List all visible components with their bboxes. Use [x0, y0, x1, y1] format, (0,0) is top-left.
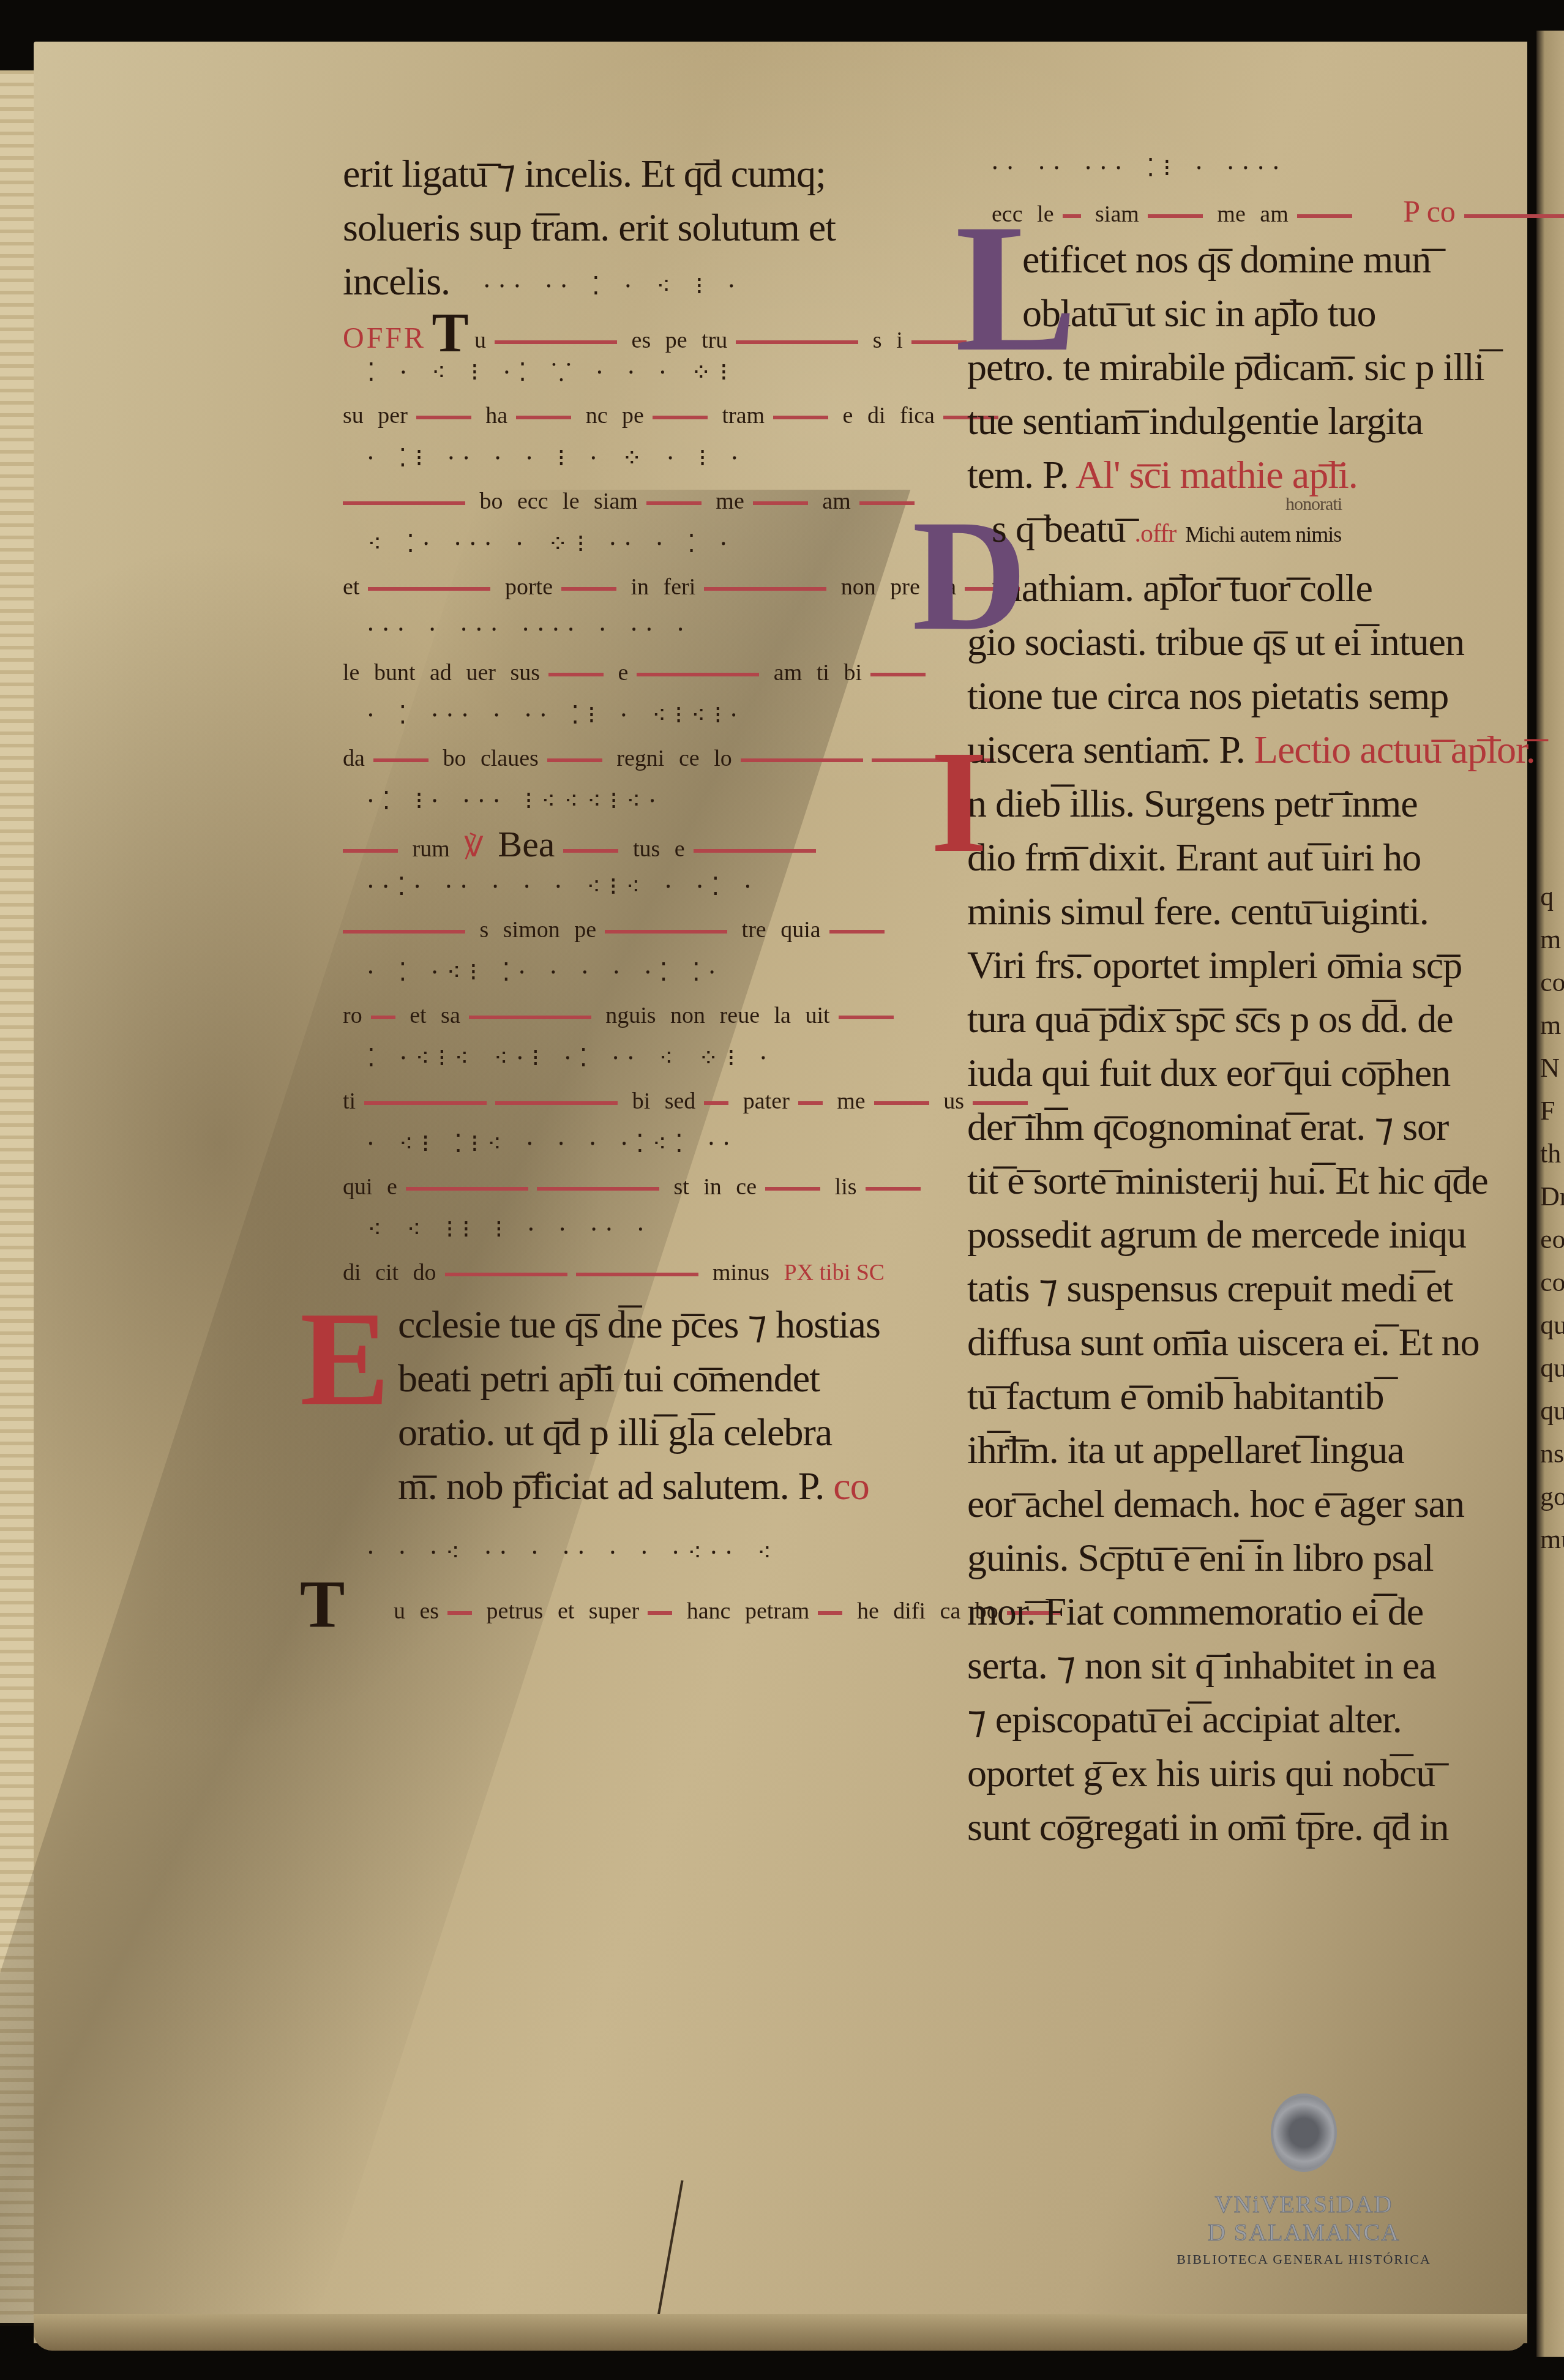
text-line: solueris sup t͞ram. erit solutum et	[343, 201, 930, 255]
page-bottom-edge	[34, 2314, 1527, 2351]
syllable: ha	[485, 394, 507, 437]
text-line: gio sociasti. tribue q͞s ut ei͞ intuen	[967, 615, 1518, 669]
syllable: us	[943, 1080, 964, 1123]
syllable: claues	[481, 737, 539, 780]
syllable: pe	[622, 394, 644, 437]
neume-row: ⸱⸱⸱ ⸱⸱ ⁚ ⸱ ⁖ ⁝ ⸱	[459, 272, 743, 301]
syllable: in	[703, 1166, 722, 1208]
syllable: sed	[665, 1080, 696, 1123]
syllable: st	[673, 1166, 689, 1208]
syllable: porte	[505, 566, 553, 608]
melisma-line	[765, 1187, 820, 1191]
text-line: Viri frs͞. oportet impleri o͞mia sc͞p	[967, 938, 1518, 992]
text-line: ⁊ episcopatu͞ ei͞ accipiat alter.	[967, 1693, 1518, 1746]
watermark-line: VNiVERSiDAD	[1151, 2190, 1457, 2218]
syllable: per	[378, 394, 408, 437]
adjacent-fragment: Dr	[1540, 1175, 1564, 1218]
syllable: e	[843, 394, 853, 437]
syllable: i	[896, 319, 903, 362]
syllable: me	[837, 1080, 865, 1123]
text-line: tit͞ e͞ sorte͞ ministerij hui͞. Et hic q…	[967, 1154, 1518, 1208]
initial-letter: I	[930, 728, 987, 875]
text-line: oblatu͞ ut sic in ap͞lo tuo	[1022, 286, 1518, 340]
text-fragment: m͞. nob p͞ficiat ad salutem. P.	[398, 1464, 824, 1508]
text-line: dio frm͞ dixit. Erant aut͞ uiri ho	[967, 831, 1518, 885]
chant-line: su per ha nc pe tram e di fica	[343, 394, 930, 437]
text-line: erit ligatu͞ ⁊ incelis. Et q͞d cumq;	[343, 147, 930, 201]
rubric-label: co	[833, 1464, 869, 1508]
adjacent-fragment: N	[1540, 1047, 1564, 1090]
neume-row: ⁖ ⁖ ⁝⁝ ⁝ ⸱ ⸱ ⸱⸱ ⸱	[343, 1208, 930, 1251]
adjacent-fragment: qu	[1540, 1304, 1564, 1347]
syllable: bi	[632, 1080, 651, 1123]
versicle-mark: ℣	[464, 826, 483, 869]
neume-row: ⸱ ⸱ ⸱⁖ ⸱⸱ ⸱ ⸱⸱ ⸱ ⸱ ⸱⁖⸱⸱ ⁖	[343, 1532, 930, 1574]
melisma-line	[547, 758, 602, 762]
melisma-line	[648, 1611, 672, 1615]
melisma-line	[741, 758, 863, 762]
syllable: siam	[1095, 193, 1139, 236]
text-fragment: s q͞ beatu͞	[992, 507, 1126, 550]
adjacent-fragment: go	[1540, 1475, 1564, 1518]
syllable: et	[343, 566, 359, 608]
melisma-line	[605, 930, 727, 934]
syllable: petrus	[487, 1590, 544, 1633]
melisma-line	[829, 930, 885, 934]
text-line: tem. P. Al' s͞ci mathie ap͞li.	[967, 448, 1518, 502]
university-seal-icon	[1271, 2094, 1337, 2172]
melisma-line	[406, 1187, 528, 1191]
adjacent-fragment: m	[1540, 1004, 1564, 1047]
adjacent-fragment: mu	[1540, 1518, 1564, 1561]
melisma-line	[736, 340, 858, 344]
syllable: le	[563, 480, 579, 523]
text-line: etificet nos q͞s domine mun͞	[1022, 233, 1518, 286]
syllable: quia	[780, 908, 820, 951]
syllable: ad	[430, 651, 452, 694]
melisma-line	[646, 501, 702, 505]
melisma-line	[870, 673, 926, 676]
melisma-line	[563, 849, 618, 853]
syllable: da	[343, 737, 365, 780]
initial-letter: L	[955, 196, 1077, 380]
interlinear-gloss: honorati	[1285, 477, 1342, 531]
syllable: non	[670, 994, 705, 1037]
watermark-subtitle: BIBLIOTECA GENERAL HISTÓRICA	[1151, 2251, 1457, 2267]
syllable: sus	[510, 651, 540, 694]
syllable: reue	[720, 994, 760, 1037]
chant-line: T u es petrus et super hanc petram he di…	[343, 1574, 930, 1617]
melisma-line	[537, 1187, 659, 1191]
melisma-line	[364, 1101, 487, 1105]
syllable: la	[774, 994, 791, 1037]
melisma-line	[373, 758, 428, 762]
left-column: erit ligatu͞ ⁊ incelis. Et q͞d cumq; sol…	[343, 147, 930, 1617]
melisma-line	[343, 501, 465, 505]
melisma-line	[704, 587, 826, 591]
postcommunion: L etificet nos q͞s domine mun͞ oblatu͞ u…	[967, 233, 1518, 502]
syllable: lis	[835, 1166, 857, 1208]
melisma-line	[371, 1016, 395, 1019]
syllable: regni	[616, 737, 664, 780]
rubric-label: .offr	[1135, 520, 1177, 548]
text-line: m͞. nob p͞ficiat ad salutem. P. co	[398, 1459, 930, 1513]
melisma-line	[773, 416, 828, 419]
syllable: u	[394, 1590, 405, 1633]
syllable: minus	[713, 1251, 769, 1294]
syllable: tram	[722, 394, 765, 437]
melisma-line	[818, 1611, 842, 1615]
rubric-label: PX tibi SC	[784, 1251, 885, 1294]
adjacent-fragment: nst	[1540, 1432, 1564, 1475]
syllable: fica	[900, 394, 935, 437]
chant-line: da bo claues regni ce lo	[343, 737, 930, 780]
adjacent-fragment: eo	[1540, 1218, 1564, 1261]
melisma-line	[343, 930, 465, 934]
chant-line: qui e st in ce lis	[343, 1166, 930, 1208]
melisma-line	[1464, 214, 1564, 218]
syllable: he	[857, 1590, 879, 1633]
rubric-label: P co	[1403, 190, 1456, 233]
syllable: feri	[664, 566, 696, 608]
syllable: lo	[714, 737, 732, 780]
syllable: e	[387, 1166, 397, 1208]
melisma-line	[561, 587, 616, 591]
syllable: es	[632, 319, 651, 362]
melisma-line	[874, 1101, 929, 1105]
melisma-line	[548, 673, 604, 676]
melisma-line	[1148, 214, 1203, 218]
syllable: s	[480, 908, 489, 951]
melisma-line	[416, 416, 471, 419]
text-line: sunt co͞gregati in om͞i t͞pre. q͞d in	[967, 1800, 1518, 1854]
syllable: tus	[633, 828, 660, 870]
melisma-line	[516, 416, 571, 419]
syllable: petram	[745, 1590, 810, 1633]
text-line: uiscera sentiam͞. P. Lectio actuu͞ ap͞lo…	[967, 723, 1518, 777]
neume-row: ⁚ ⸱⁖⁝⁖ ⁖⸱⁝ ⸱⁚ ⸱⸱ ⁖ ⁘⁝ ⸱	[343, 1037, 930, 1080]
adjacent-fragment: F	[1540, 1090, 1564, 1132]
syllable: tre	[742, 908, 766, 951]
adjacent-fragment: th	[1540, 1132, 1564, 1175]
melisma-line	[576, 1273, 698, 1276]
neume-row: ⁖ ⁚⸱ ⸱⸱⸱ ⸱ ⁘⁝ ⸱⸱ ⸱ ⁚ ⸱	[343, 523, 930, 566]
syllable: su	[343, 394, 364, 437]
syllable: am	[774, 651, 802, 694]
melisma-line	[866, 1187, 921, 1191]
text-line: beati petri ap͞li tui co͞mendet	[398, 1352, 930, 1405]
adjacent-fragment: m	[1540, 918, 1564, 961]
syllable: hanc	[687, 1590, 731, 1633]
syllable: pe	[574, 908, 596, 951]
lection-heading: Lectio actuu͞ ap͞lor͞.	[1254, 728, 1535, 771]
watermark-logo: VNiVERSiDAD D SALAMANCA BIBLIOTECA GENER…	[1151, 2094, 1457, 2267]
syllable: bo	[443, 737, 466, 780]
initial-letter: E	[300, 1292, 390, 1426]
syllable: e	[618, 651, 628, 694]
syllable: am	[822, 480, 850, 523]
collect: D s q͞ beatu͞ .offr Michi autem nimis ho…	[967, 502, 1518, 777]
text-line: oportet g͞ ex his uiris qui nob͞cu͞	[967, 1746, 1518, 1800]
syllable: difi	[893, 1590, 926, 1633]
melisma-line	[445, 1273, 567, 1276]
chant-line: ro et sa nguis non reue la uit	[343, 994, 930, 1037]
syllable: Bea	[498, 823, 555, 866]
chant-line: bo ecc le siam me am	[343, 480, 930, 523]
melisma-line	[859, 501, 915, 505]
text-line: serta. ⁊ non sit q͞ inhabitet in ea	[967, 1639, 1518, 1693]
syllable: in	[631, 566, 649, 608]
text-line: diffusa sunt om͞ia uiscera ei͞. Et no	[967, 1315, 1518, 1369]
melisma-line	[704, 1101, 728, 1105]
syllable: s	[873, 319, 882, 362]
initial-letter: T	[432, 303, 469, 364]
text-line: tu͞ factum e͞ omib͞ habitantib͞	[967, 1369, 1518, 1423]
syllable: di	[867, 394, 886, 437]
melisma-line	[1297, 214, 1352, 218]
syllable: ce	[679, 737, 700, 780]
text-line: cclesie tue q͞s d͞ne p͞ces ⁊ hostias	[398, 1298, 930, 1352]
chant-line: rum ℣ Bea tus e	[343, 823, 930, 866]
text-line: incelis. ⸱⸱⸱ ⸱⸱ ⁚ ⸱ ⁖ ⁝ ⸱	[343, 255, 930, 309]
melisma-line	[469, 1016, 591, 1019]
chant-line: di cit do minus PX tibi SC	[343, 1251, 930, 1294]
text-line: mor͞. Fiat commemoratio ei͞ de	[967, 1585, 1518, 1639]
syllable: et	[410, 994, 426, 1037]
text-line: eor͞ achel demach. hoc e͞ ager san	[967, 1477, 1518, 1531]
syllable: es	[419, 1590, 439, 1633]
syllable: tru	[702, 319, 727, 362]
neume-row: ⸱⁚ ⁝⸱ ⸱⸱⸱ ⁝⁖⁖⁖⁝⁖⸱	[343, 780, 930, 823]
syllable: me	[716, 480, 744, 523]
text-fragment: uiscera sentiam͞. P.	[967, 728, 1245, 771]
right-column: ⸱⸱ ⸱⸱ ⸱⸱⸱ ⁚⁝ ⸱ ⸱⸱⸱⸱ ecc le siam me am P …	[967, 147, 1518, 1854]
watermark-line: D SALAMANCA	[1151, 2218, 1457, 2247]
melisma-line	[368, 587, 490, 591]
neume-row: ⸱ ⁚ ⸱⸱⸱ ⸱ ⸱⸱ ⁚⁝ ⸱ ⁖⁝⁖⁝⸱	[343, 694, 930, 737]
neume-row: ⸱⸱ ⸱⸱ ⸱⸱⸱ ⁚⁝ ⸱ ⸱⸱⸱⸱	[967, 147, 1518, 190]
neume-row: ⸱ ⁖⁝ ⁚⁝⁖ ⸱ ⸱ ⸱ ⸱⁚⁖⁚ ⸱⸱	[343, 1123, 930, 1166]
text-line: tue sentiam͞ indulgentie largita	[967, 394, 1518, 448]
text-line: ih͞r͞lm. ita ut appellaret͞ lingua	[967, 1423, 1518, 1477]
syllable: non	[841, 566, 876, 608]
syllable: am	[1260, 193, 1288, 236]
initial-letter: T	[300, 1567, 345, 1642]
syllable: me	[1217, 193, 1245, 236]
syllable: ecc	[517, 480, 548, 523]
adjacent-fragment: co	[1540, 1261, 1564, 1304]
chant-line: OFFR T u es pe tru s i	[343, 309, 930, 351]
chant-line: s simon pe tre quia	[343, 908, 930, 951]
syllable: bi	[844, 651, 862, 694]
syllable: ro	[343, 994, 362, 1037]
text-line: possedit agrum de mercede iniqu	[967, 1208, 1518, 1262]
text-line: guinis. Sc͞ptu͞ e͞ eni͞ in libro psal	[967, 1531, 1518, 1585]
text-line: iuda qui fuit dux eor͞ qui co͞phen	[967, 1046, 1518, 1100]
text-line: tatis ⁊ suspensus crepuit medi͞ et	[967, 1262, 1518, 1315]
melisma-line	[447, 1611, 472, 1615]
melisma-line	[839, 1016, 894, 1019]
melisma-line	[495, 340, 617, 344]
syllable: bo	[480, 480, 503, 523]
syllable: et	[558, 1590, 574, 1633]
syllable: qui	[343, 1166, 373, 1208]
melisma-line	[637, 673, 759, 676]
syllable: ca	[940, 1590, 961, 1633]
text-fragment: incelis.	[343, 260, 450, 303]
syllable: pe	[665, 319, 687, 362]
syllable: uer	[466, 651, 496, 694]
secret-prayer: E cclesie tue q͞s d͞ne p͞ces ⁊ hostias b…	[343, 1298, 930, 1513]
lection: I n dieb͞ illis. Surgens petr͞ inme dio …	[967, 777, 1518, 1854]
syllable: le	[343, 651, 359, 694]
syllable: uit	[805, 994, 829, 1037]
syllable: bunt	[374, 651, 416, 694]
text-line: minis simul fere. centu͞ uiginti.	[967, 885, 1518, 938]
syllable: pater	[743, 1080, 790, 1123]
chant-line: ti bi sed pater me us	[343, 1080, 930, 1123]
syllable: u	[474, 319, 486, 362]
melisma-line	[798, 1101, 823, 1105]
syllable: ti	[343, 1080, 356, 1123]
text-line: mathiam. ap͞lor͞ tuor͞ colle	[992, 561, 1518, 615]
syllable: rum	[413, 828, 450, 870]
text-line: n dieb͞ illis. Surgens petr͞ inme	[967, 777, 1518, 831]
syllable: super	[589, 1590, 639, 1633]
adjacent-fragment: co	[1540, 961, 1564, 1004]
syllable: nguis	[605, 994, 656, 1037]
neume-row: ⸱ ⁚ ⸱⁖⁝ ⁚⸱ ⸱ ⸱ ⸱ ⸱⁚ ⁚⸱	[343, 951, 930, 994]
syllable: sa	[441, 994, 460, 1037]
chant-line: le bunt ad uer sus e am ti bi	[343, 651, 930, 694]
neume-row: ⸱⸱⸱ ⸱ ⸱⸱⸱ ⸱⸱⸱⸱ ⸱ ⸱⸱ ⸱	[343, 608, 930, 651]
neume-row: ⸱ ⁚⁝ ⸱⸱ ⸱ ⸱ ⁝ ⸱ ⁘ ⸱ ⁝ ⸱	[343, 437, 930, 480]
text-line: tura qua͞ p͞dix͞ sp͞c s͞cs p os d͞d. de	[967, 992, 1518, 1046]
text-line: oratio. ut q͞d p illi͞ gl͞a celebra	[398, 1405, 930, 1459]
offertory-label: OFFR	[343, 322, 426, 354]
syllable: do	[413, 1251, 436, 1294]
text-line: der͞ ih͞m q͞cognominat͞ erat. ⁊ sor	[967, 1100, 1518, 1154]
syllable: ti	[817, 651, 829, 694]
text-line: tione tue circa nos pietatis semp	[967, 669, 1518, 723]
melisma-line	[343, 849, 398, 853]
adjacent-page-edge: q m co m N F th Dr eo co qu qu qu nst go…	[1536, 31, 1564, 2357]
melisma-line	[653, 416, 708, 419]
adjacent-fragment: q	[1540, 875, 1564, 918]
text-line: s q͞ beatu͞ .offr Michi autem nimis hono…	[992, 502, 1518, 561]
syllable: simon	[503, 908, 560, 951]
adjacent-fragment: qu	[1540, 1390, 1564, 1432]
melisma-line	[495, 1101, 618, 1105]
melisma-line	[694, 849, 816, 853]
neume-row: ⸱⸱⁚⸱ ⸱⸱ ⸱ ⸱ ⸱ ⁖⁝⁖ ⸱ ⸱⁚ ⸱	[343, 866, 930, 908]
melisma-line	[753, 501, 808, 505]
syllable: e	[675, 828, 685, 870]
syllable: siam	[594, 480, 638, 523]
syllable: ce	[736, 1166, 757, 1208]
syllable: nc	[586, 394, 608, 437]
adjacent-fragment: qu	[1540, 1347, 1564, 1390]
chant-line: et porte in feri non pre ua	[343, 566, 930, 608]
